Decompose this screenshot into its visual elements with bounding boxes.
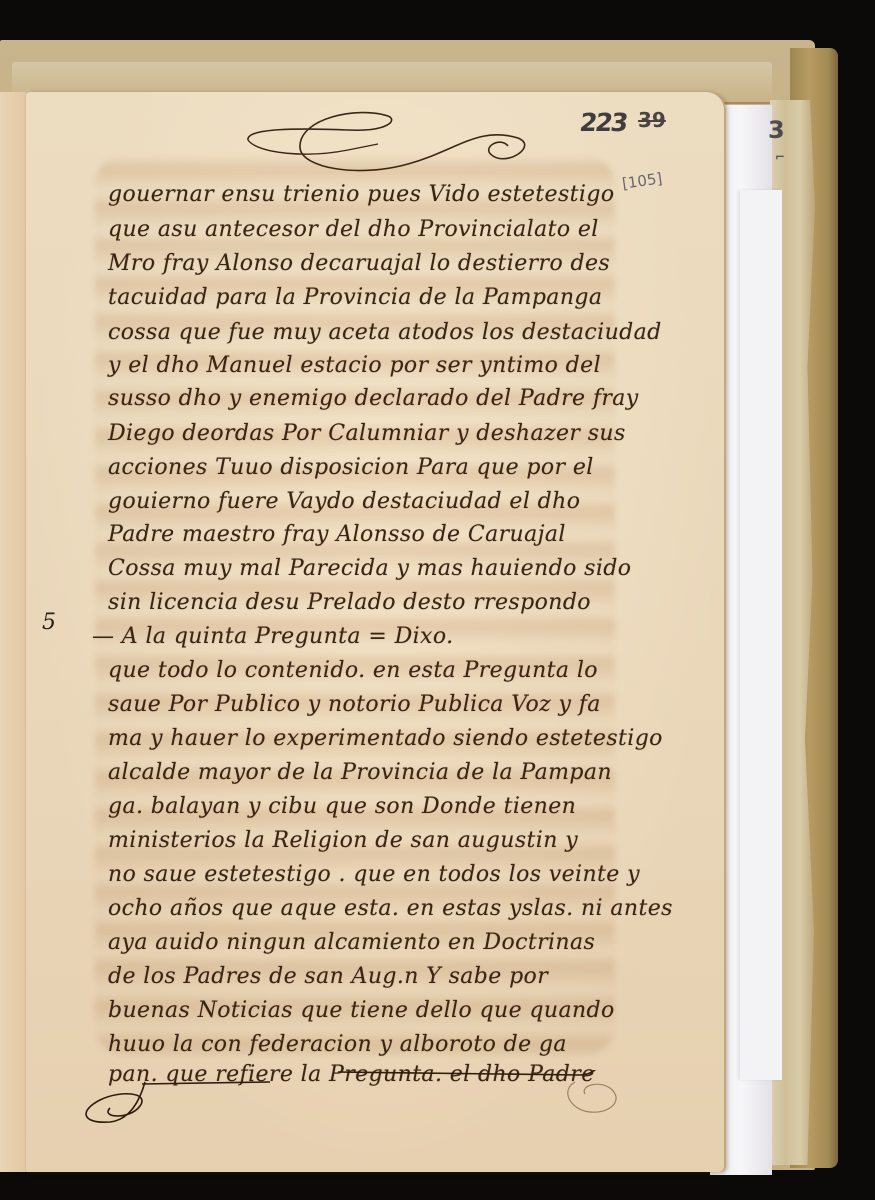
text-line: acciones Tuuo disposicion Para que por e… <box>108 455 594 480</box>
text-line: no saue estetestigo . que en todos los v… <box>108 862 640 887</box>
text-line: susso dho y enemigo declarado del Padre … <box>108 386 639 411</box>
text-line: Diego deordas Por Calumniar y deshazer s… <box>108 421 626 446</box>
scan-stage: 3 ⌐ 223 39 [105] 5 gouernar ensu trienio… <box>0 0 875 1200</box>
right-sheet-mark: ⌐ <box>775 150 785 164</box>
text-line: cossa que fue muy aceta atodos los desta… <box>108 320 662 345</box>
text-line: ma y hauer lo experimentado siendo estet… <box>108 726 663 751</box>
right-sheet-number: 3 <box>768 116 785 144</box>
margin-question-number: 5 <box>42 610 56 635</box>
folio-number: 223 <box>578 108 628 137</box>
text-line: y el dho Manuel estacio por ser yntimo d… <box>108 353 601 378</box>
text-line: que asu antecesor del dho Provincialato … <box>108 217 599 242</box>
top-flourish-icon <box>238 108 538 178</box>
text-line: ga. balayan y cibu que son Donde tienen <box>108 794 576 819</box>
text-line: huuo la con federacion y alboroto de ga <box>108 1032 567 1057</box>
text-line: Mro fray Alonso decaruajal lo destierro … <box>108 251 610 276</box>
text-line: gouierno fuere Vaydo destaciudad el dho <box>108 489 580 514</box>
text-line: aya auido ningun alcamiento en Doctrinas <box>108 930 595 955</box>
text-line: sin licencia desu Prelado desto rrespond… <box>108 590 591 615</box>
text-line: de los Padres de san Aug.n Y sabe por <box>108 964 548 989</box>
text-line: Padre maestro fray Alonsso de Caruajal <box>108 522 566 547</box>
text-line: Cossa muy mal Parecida y mas hauiendo si… <box>108 556 631 581</box>
white-interleaf-sheet-inner <box>740 190 782 1080</box>
old-folio-number: 39 <box>638 108 666 132</box>
text-line: saue Por Publico y notorio Publica Voz y… <box>108 692 601 717</box>
text-line: buenas Noticias que tiene dello que quan… <box>108 998 615 1023</box>
text-line: gouernar ensu trienio pues Vido estetest… <box>108 182 614 207</box>
text-line: ocho años que aque esta. en estas yslas.… <box>108 896 673 921</box>
text-line: ministerios la Religion de san augustin … <box>108 828 578 853</box>
text-line: — A la quinta Pregunta = Dixo. <box>92 624 454 649</box>
text-line: tacuidad para la Provincia de la Pampang… <box>108 285 602 310</box>
text-line: alcalde mayor de la Provincia de la Pamp… <box>108 760 612 785</box>
text-line: que todo lo contenido. en esta Pregunta … <box>108 658 598 683</box>
bottom-flourish-icon <box>80 1070 640 1150</box>
